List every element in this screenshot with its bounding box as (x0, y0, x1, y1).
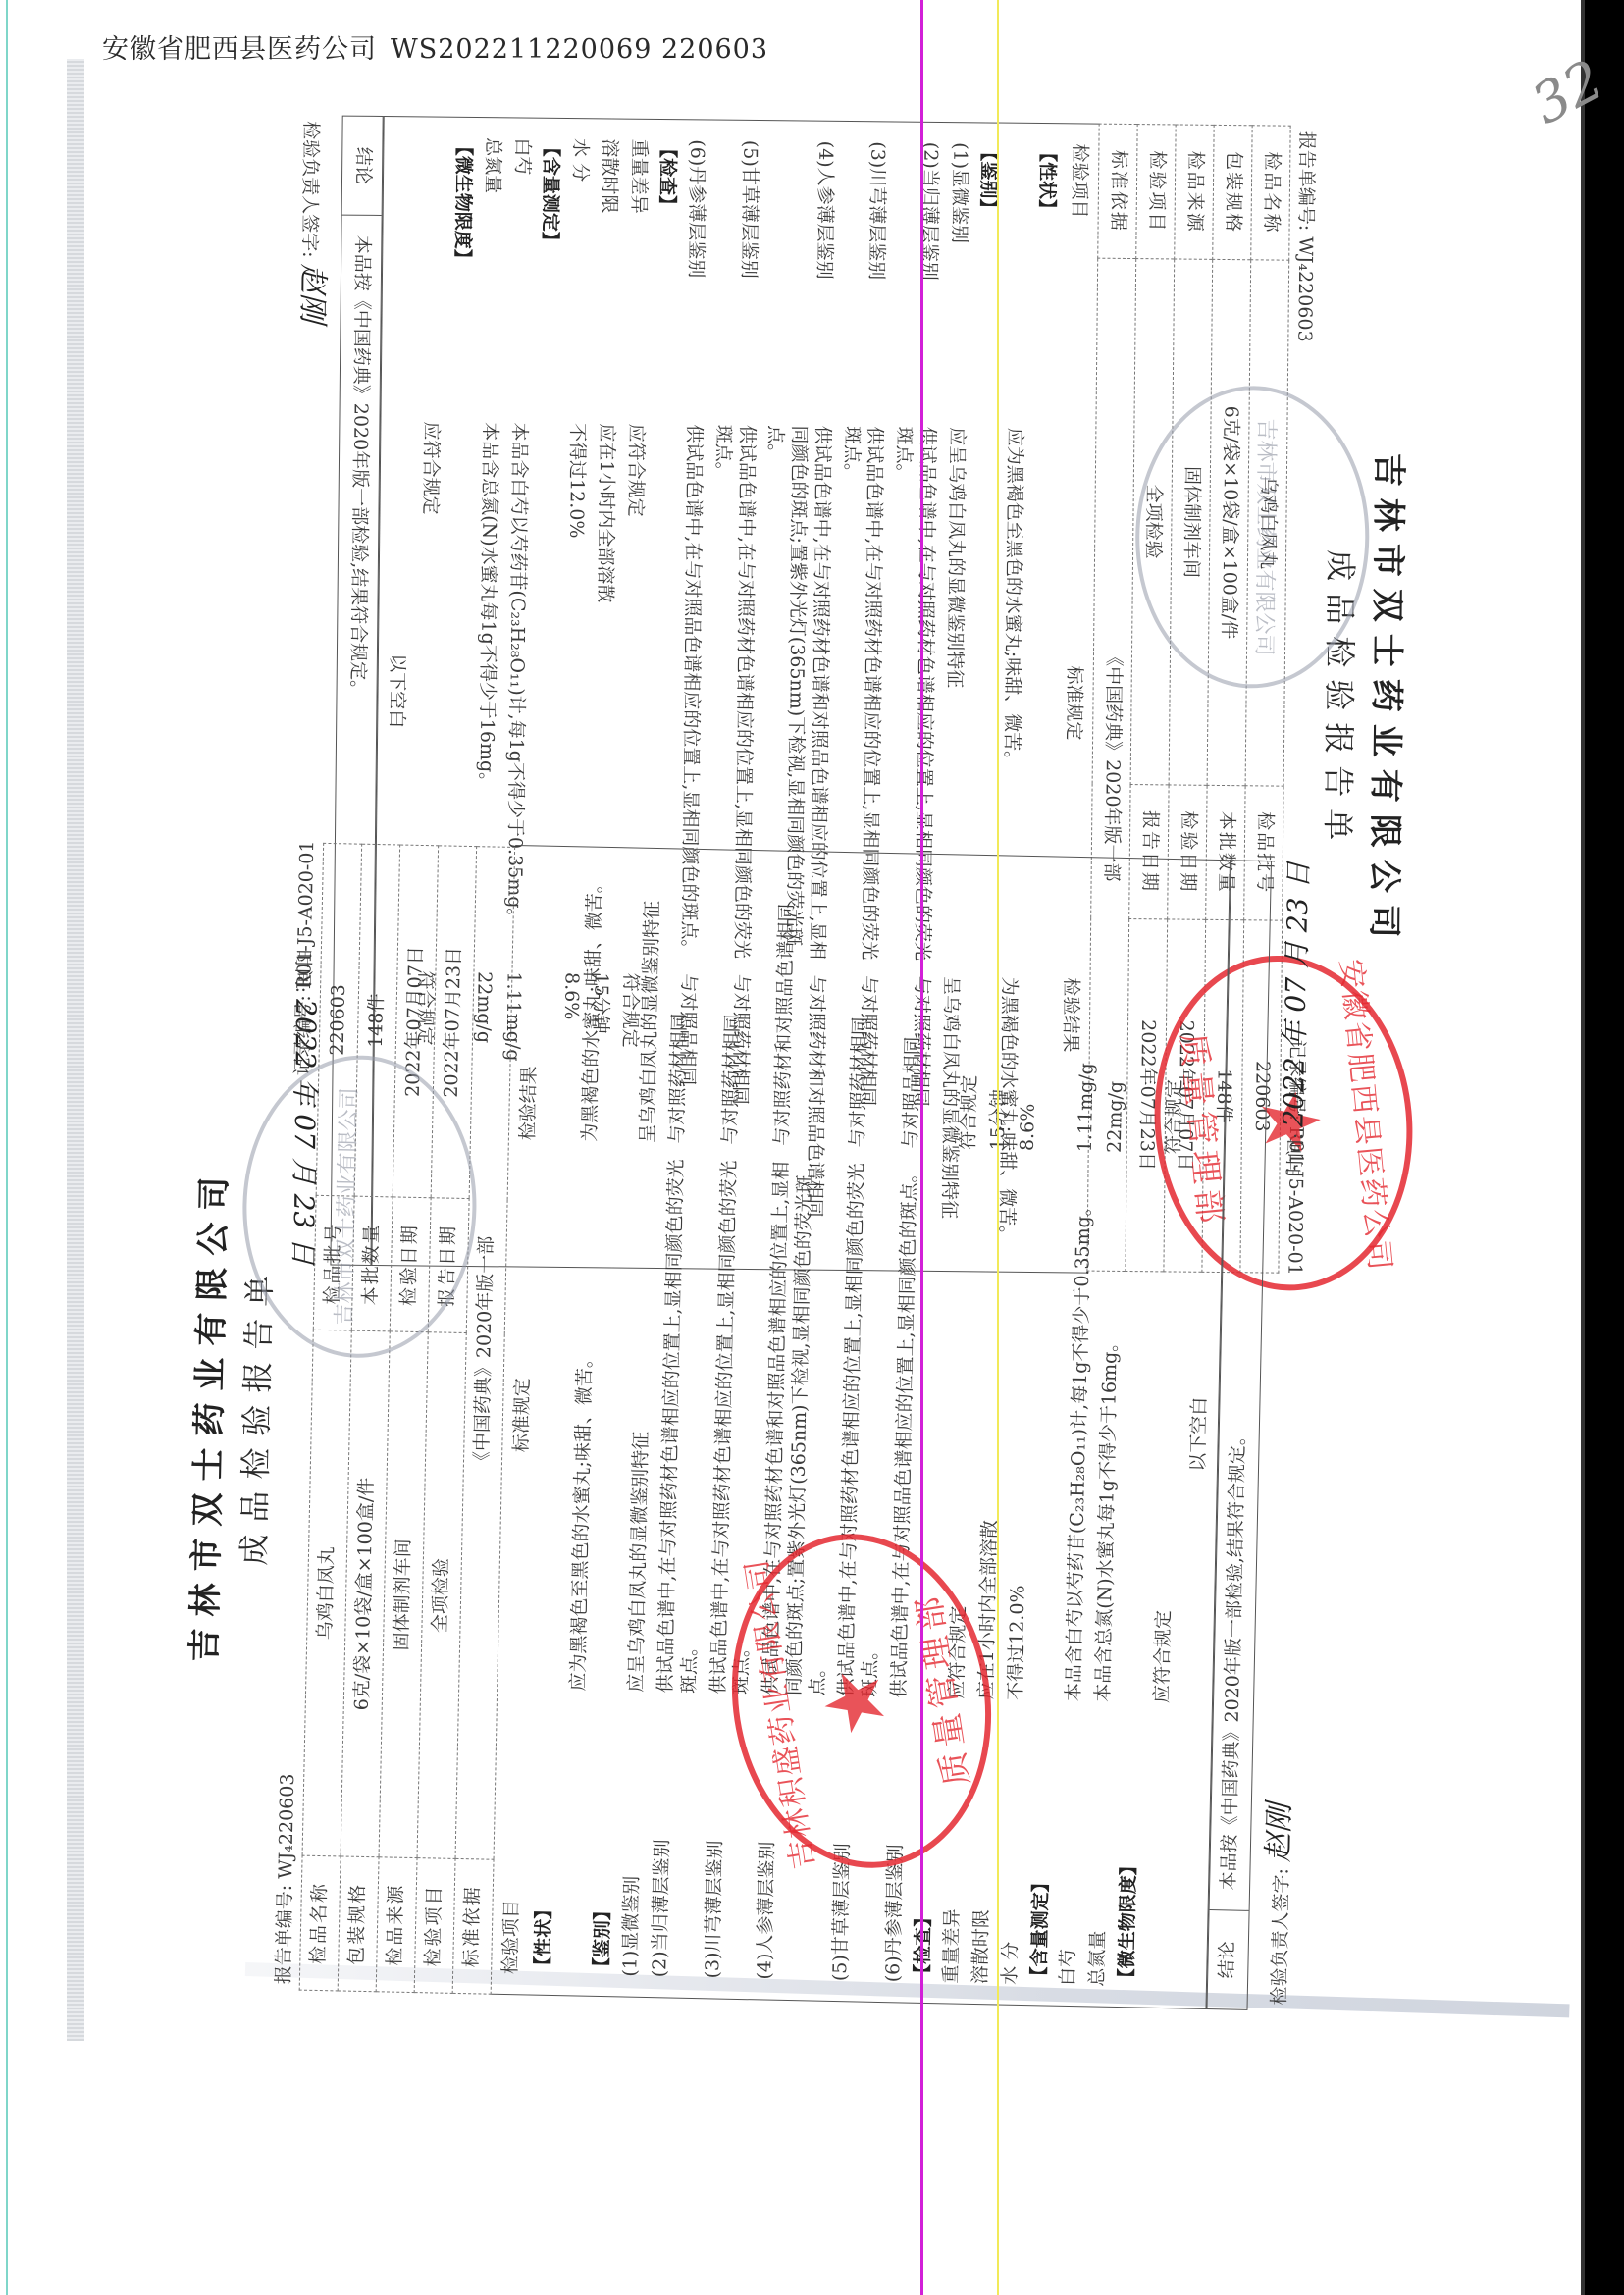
cell-spec: 供试品色谱中,在与对照药材色谱相应的位置上,显相同颜色的荧光斑点。 (655, 1143, 712, 1694)
scanner-guide-yellow (997, 0, 999, 2295)
cell-result: 符合规定 (958, 856, 987, 1150)
cell-result: 8.6% (1017, 857, 1046, 1151)
cell-result: 15分钟 (987, 856, 1017, 1150)
record-no: 记录编号: R01-J5-A020-01 (291, 840, 320, 1076)
cell-result: 1.11mg/g (1074, 858, 1104, 1152)
cell-item: 重量差异 (623, 120, 650, 424)
cell-item: (5)甘草薄层鉴别 (711, 121, 761, 425)
fax-company: 安徽省肥西县医药公司 (102, 34, 377, 65)
fax-header: 安徽省肥西县医药公司WS202211220069 220603 (102, 27, 768, 66)
cell-result: 与对照药材和对照品色谱相同 (771, 852, 848, 1147)
sign-date: 时间: 2022 年 07 月 23 日 (1275, 861, 1318, 1176)
cell-item: 水 分 (998, 1700, 1027, 2005)
fax-code: WS202211220069 220603 (391, 34, 768, 65)
cell-item: (2)当归薄层鉴别 (649, 1693, 702, 1998)
cell-result: 为黑褐色的水蜜丸;味甜、微苦。 (579, 847, 608, 1141)
cell-item: 白芍 (1057, 1701, 1086, 2006)
cell-result: 与对照药材相同 (847, 853, 900, 1148)
report-no: 报告单编号: WJ₄220603 (1292, 131, 1318, 342)
scan-edge-black (1585, 0, 1624, 2295)
cell-item: (1)显微鉴别 (619, 1693, 649, 1997)
inspection-report: 吉林市双士药业有限公司 成品检验报告单 报告单编号: WJ₄220603 记录编… (177, 805, 1319, 2045)
cell-item (419, 117, 445, 421)
cell-result: 22mg/g (1104, 859, 1133, 1153)
report-info-table: 检品名称 乌鸡白凤丸 检品批号 220603 包装规格 6克/袋×10袋/盒×1… (299, 843, 515, 1995)
cell-result: 符合规定 (1162, 860, 1191, 1154)
cell-item: (1)显微鉴别 (944, 123, 970, 427)
scan-edge-line (6, 0, 8, 2295)
cell-item: 白芍 (506, 118, 533, 422)
cell-item (560, 1691, 590, 1995)
cell-item: 总氮量 (478, 118, 504, 422)
cell-result: 与对照品相同 (900, 854, 929, 1148)
cell-item: 总氮量 (1086, 1701, 1116, 2006)
cell-result: 与对照药材相同 (718, 850, 771, 1145)
cell-result: 与对照药材相同 (666, 849, 719, 1144)
report-no: 报告单编号: WJ₄220603 (272, 1773, 299, 1984)
cell-item (1144, 1703, 1174, 2008)
cell-item: 溶散时限 (595, 119, 621, 423)
scan-shadow-left (67, 59, 84, 2041)
signer: 检验负责人签字:赵刚 (1257, 1803, 1298, 2006)
cell-item: 水 分 (565, 119, 592, 423)
cell-item: (3)川芎薄层鉴别 (839, 122, 889, 426)
cell-item: (2)当归薄层鉴别 (892, 122, 942, 426)
signer: 检验负责人签字:赵刚 (293, 121, 333, 323)
cell-result: 呈乌鸡白凤丸的显微鉴别特征 (637, 849, 666, 1143)
cell-item: (4)人参薄层鉴别 (763, 121, 836, 426)
cell-item: (6)丹参薄层鉴别 (682, 120, 708, 424)
cell-item (1003, 124, 1029, 428)
scanner-guide-magenta (920, 0, 923, 2295)
